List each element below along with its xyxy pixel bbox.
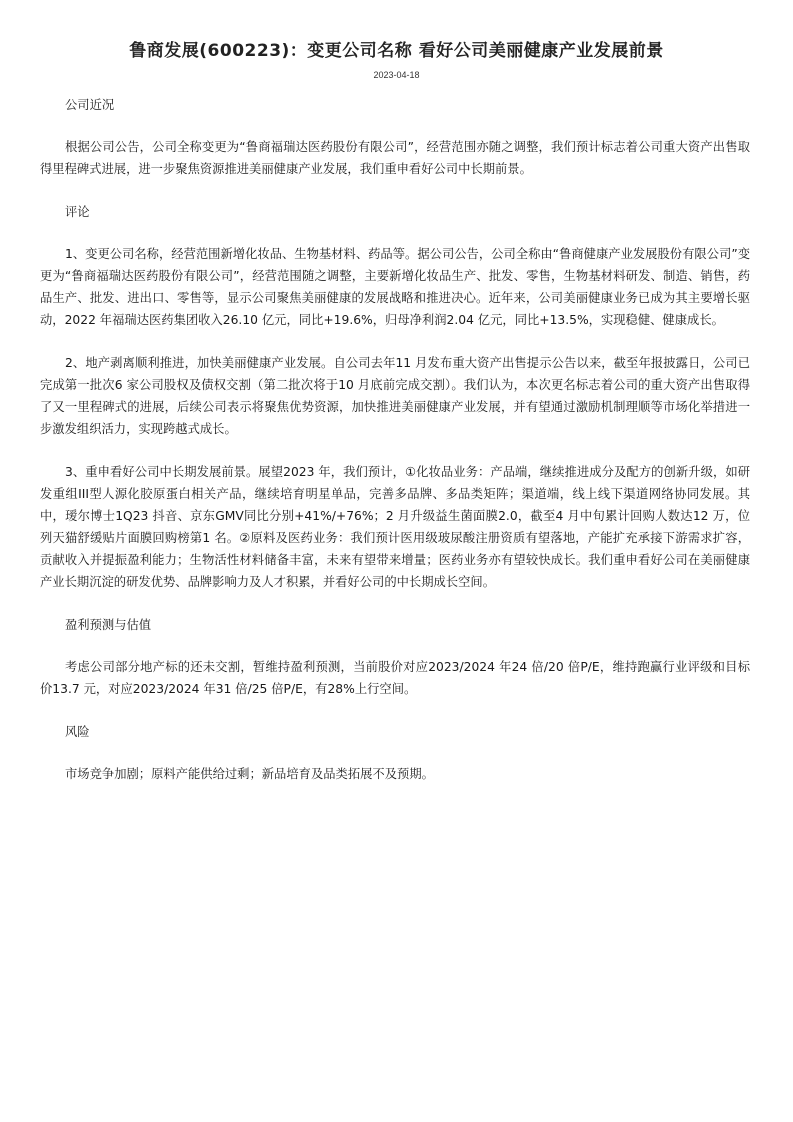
paragraph-comment-1: 1、变更公司名称，经营范围新增化妆品、生物基材料、药品等。据公司公告，公司全称由… [40, 243, 750, 331]
paragraph-forecast-valuation: 考虑公司部分地产标的还未交割，暂维持盈利预测，当前股价对应2023/2024 年… [40, 656, 750, 700]
paragraph-company-update: 根据公司公告，公司全称变更为“鲁商福瑞达医药股份有限公司”，经营范围亦随之调整，… [40, 136, 750, 180]
article-body: 公司近况 根据公司公告，公司全称变更为“鲁商福瑞达医药股份有限公司”，经营范围亦… [40, 94, 750, 785]
section-heading-forecast-valuation: 盈利预测与估值 [40, 614, 750, 636]
publish-date: 2023-04-18 [0, 70, 793, 80]
section-heading-company-update: 公司近况 [40, 94, 750, 116]
paragraph-comment-3: 3、重申看好公司中长期发展前景。展望2023 年，我们预计，①化妆品业务：产品端… [40, 461, 750, 593]
page-title: 鲁商发展(600223)：变更公司名称 看好公司美丽健康产业发展前景 [0, 36, 793, 61]
section-heading-comment: 评论 [40, 201, 750, 223]
paragraph-risk: 市场竞争加剧；原料产能供给过剩；新品培育及品类拓展不及预期。 [40, 763, 750, 785]
paragraph-comment-2: 2、地产剥离顺利推进，加快美丽健康产业发展。自公司去年11 月发布重大资产出售提… [40, 352, 750, 440]
section-heading-risk: 风险 [40, 721, 750, 743]
